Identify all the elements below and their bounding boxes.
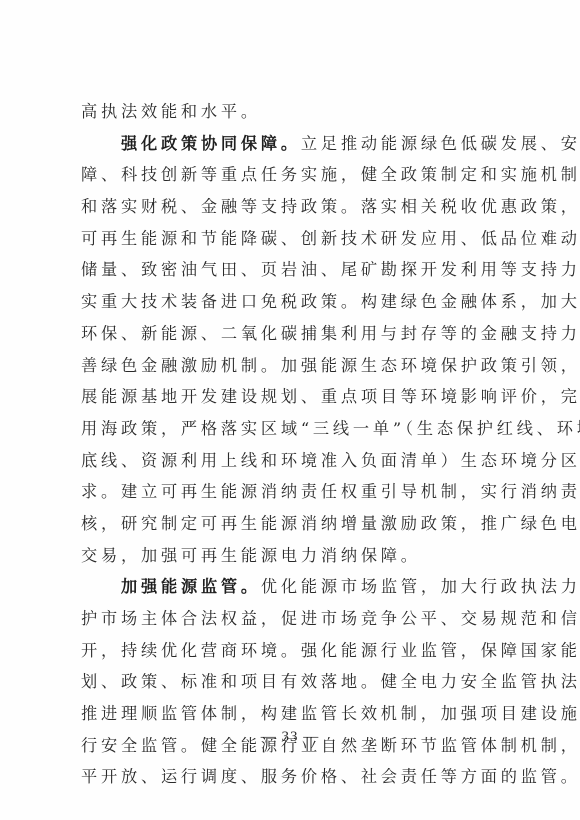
text-line: 障、科技创新等重点任务实施，健全政策制定和实施机制，完善 <box>81 159 505 191</box>
text-line: 核，研究制定可再生能源消纳增量激励政策，推广绿色电力证书 <box>81 508 505 540</box>
document-body: 高执法效能和水平。 强化政策协同保障。立足推动能源绿色低碳发展、安全保 障、科技… <box>81 96 505 793</box>
text-line: 划、政策、标准和项目有效落地。健全电力安全监管执法体系， <box>81 666 505 698</box>
paragraph-first-line: 强化政策协同保障。立足推动能源绿色低碳发展、安全保 <box>81 128 505 160</box>
text-run: 立足推动能源绿色低碳发展、安全保 <box>301 134 580 153</box>
text-line: 储量、致密油气田、页岩油、尾矿勘探开发利用等支持力度。落 <box>81 254 505 286</box>
paragraph-heading-policy-coordination: 强化政策协同保障。 <box>121 134 301 153</box>
text-line: 平开放、运行调度、服务价格、社会责任等方面的监管。创新监 <box>81 761 505 793</box>
paragraph-first-line: 加强能源监管。优化能源市场监管，加大行政执法力度，维 <box>81 571 505 603</box>
text-line: 交易，加强可再生能源电力消纳保障。 <box>81 540 505 572</box>
text-line: 护市场主体合法权益，促进市场竞争公平、交易规范和信息公 <box>81 603 505 635</box>
paragraph-heading-energy-regulation: 加强能源监管。 <box>121 577 261 596</box>
text-line: 开，持续优化营商环境。强化能源行业监管，保障国家能源规 <box>81 635 505 667</box>
text-line: 推进理顺监管体制，构建监管长效机制，加强项目建设施工和运 <box>81 698 505 730</box>
text-line: 实重大技术装备进口免税政策。构建绿色金融体系，加大对节能 <box>81 286 505 318</box>
text-line: 求。建立可再生能源消纳责任权重引导机制，实行消纳责任考 <box>81 476 505 508</box>
text-line: 和落实财税、金融等支持政策。落实相关税收优惠政策，加大对 <box>81 191 505 223</box>
text-line: 高执法效能和水平。 <box>81 96 505 128</box>
text-line: 底线、资源利用上线和环境准入负面清单）生态环境分区管控要 <box>81 445 505 477</box>
text-line: 善绿色金融激励机制。加强能源生态环境保护政策引领，依法开 <box>81 350 505 382</box>
text-line: 环保、新能源、二氧化碳捕集利用与封存等的金融支持力度，完 <box>81 318 505 350</box>
text-line: 用海政策，严格落实区域“三线一单”（生态保护红线、环境质量 <box>81 413 505 445</box>
document-page: 高执法效能和水平。 强化政策协同保障。立足推动能源绿色低碳发展、安全保 障、科技… <box>0 0 580 820</box>
page-number: — 33 — <box>0 729 580 746</box>
text-run: 优化能源市场监管，加大行政执法力度，维 <box>261 577 580 596</box>
text-line: 可再生能源和节能降碳、创新技术研发应用、低品位难动用油气 <box>81 223 505 255</box>
text-line: 展能源基地开发建设规划、重点项目等环境影响评价，完善用地 <box>81 381 505 413</box>
